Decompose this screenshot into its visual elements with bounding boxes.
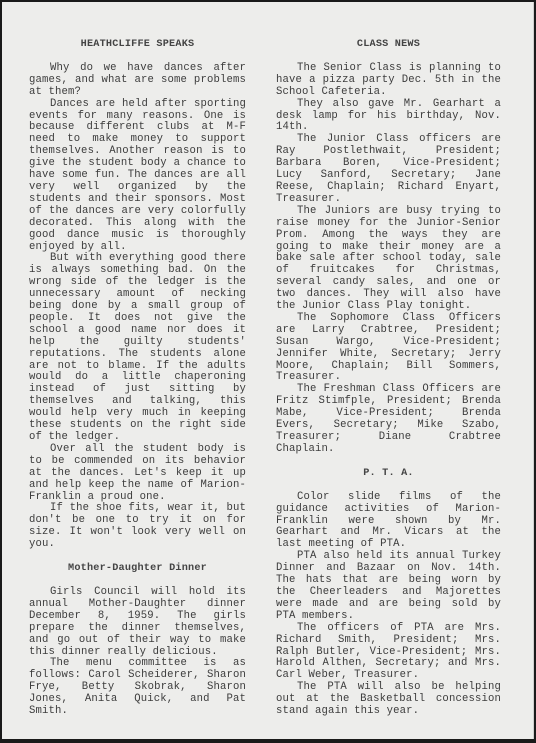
article-paragraph: Dances are held after sporting events fo… [29,99,246,254]
left-column: HEATHCLIFFE SPEAKS Why do we have dances… [29,2,246,718]
article-paragraph: Girls Council will hold its annual Mothe… [29,587,246,658]
heathcliffe-speaks-title: HEATHCLIFFE SPEAKS [29,39,246,51]
article-paragraph: The menu committee is as follows: Carol … [29,658,246,718]
article-paragraph: Over all the student body is to be comme… [29,444,246,504]
article-paragraph: The officers of PTA are Mrs. Richard Smi… [276,623,501,683]
newsletter-page: HEATHCLIFFE SPEAKS Why do we have dances… [2,2,534,739]
class-news-title: CLASS NEWS [276,39,501,51]
article-paragraph: The Freshman Class Officers are Fritz St… [276,384,501,455]
article-paragraph: They also gave Mr. Gearhart a desk lamp … [276,99,501,135]
article-paragraph: If the shoe fits, wear it, but don't be … [29,503,246,551]
article-paragraph: The PTA will also be helping out at the … [276,682,501,718]
article-paragraph: The Senior Class is planning to have a p… [276,63,501,99]
article-paragraph: The Sophomore Class Officers are Larry C… [276,313,501,384]
article-paragraph: The Junior Class officers are Ray Postle… [276,134,501,205]
article-paragraph: But with everything good there is always… [29,253,246,444]
article-paragraph: Why do we have dances after games, and w… [29,63,246,99]
article-paragraph: The Juniors are busy trying to raise mon… [276,206,501,313]
pta-title: P. T. A. [276,468,501,480]
right-column: CLASS NEWS The Senior Class is planning … [276,2,501,718]
article-paragraph: PTA also held its annual Turkey Dinner a… [276,551,501,622]
article-paragraph: Color slide films of the guidance activi… [276,492,501,552]
mother-daughter-dinner-title: Mother-Daughter Dinner [29,563,246,575]
